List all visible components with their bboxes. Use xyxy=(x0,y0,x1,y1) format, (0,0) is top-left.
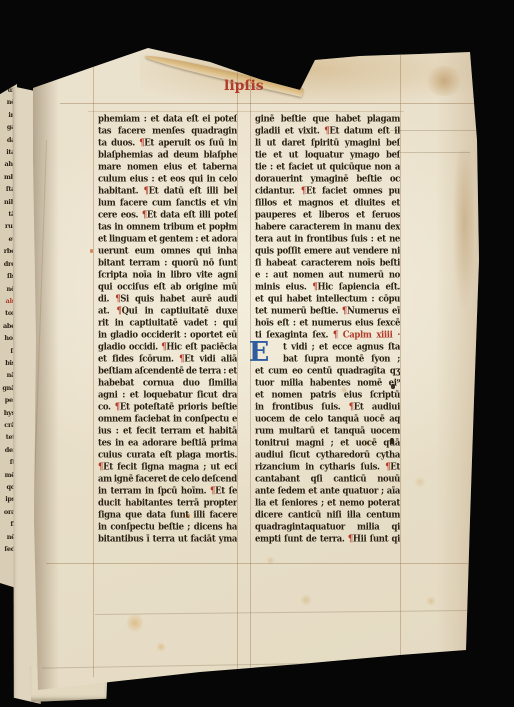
text-segment: lia et ſeniores ; et nemo poterat xyxy=(255,498,400,508)
text-segment: ta duos. xyxy=(98,138,139,148)
text-segment: Hic ſapiencia eſt. xyxy=(317,282,400,292)
text-segment: et fides ſcōrum. xyxy=(98,354,179,364)
parchment-stain xyxy=(127,612,143,634)
text-segment: ginē beſtie que habet plagam xyxy=(255,114,400,124)
text-segment: tonitrui magni ; et uocē quā xyxy=(255,438,400,448)
manuscript-text-line: blaſphemias ad deum blaſphe xyxy=(98,149,237,161)
header-ruling-line xyxy=(60,103,474,104)
text-segment: tera aut in frontibus ſuis : et ne xyxy=(255,234,400,244)
text-segment: gladio occidi. xyxy=(98,342,161,352)
running-title: lipſis xyxy=(224,78,264,94)
text-segment: ſigna que data ſunt illi facere xyxy=(98,510,237,520)
manuscript-text-line: habebat cornua duo ſimilia xyxy=(98,377,237,389)
parchment-stain xyxy=(300,594,312,606)
text-segment: cere eos. xyxy=(98,210,142,220)
manuscript-text-line: gladii et vixit. ¶Et datum eſt il xyxy=(255,125,400,137)
manuscript-text-line: ſi habeat caracterem noīs beſti xyxy=(255,257,400,269)
manuscript-text-line: di. ¶Si quis habet aurē audi xyxy=(98,293,237,305)
manuscript-text-line: phemiam : et data eſt ei poteſ xyxy=(98,113,237,125)
manuscript-text-line: in frontibus ſuis. ¶Et audiui xyxy=(255,401,400,413)
manuscript-photo: urnēingadaitaahimhſtanihtāruſetrbedreſls… xyxy=(0,0,514,707)
manuscript-text-line: ſillos et magnos et diuites et xyxy=(255,197,400,209)
manuscript-text-line: minis eius. ¶Hic ſapiencia eſt. xyxy=(255,281,400,293)
manuscript-text-line: audiui ſicut cytharedorū cytha xyxy=(255,449,400,461)
manuscript-text-line: pauperes et liberos et ſeruos xyxy=(255,209,400,221)
manuscript-text-line: culum eius : et eos qui in celo xyxy=(98,173,237,185)
text-segment: audiui ſicut cytharedorū cytha xyxy=(255,450,400,460)
manuscript-text-line: ti ſexaginta ſex. ¶ Caplm xiiii · xyxy=(255,329,400,341)
text-segment: ſcripta noīa in libro vite agni xyxy=(98,270,237,280)
text-segment: li ut daret ſpiritū ymagini beſ xyxy=(255,138,400,148)
text-segment: dorauerint ymaginē beſtie oc xyxy=(255,174,400,184)
text-segment: Et audiui xyxy=(354,402,400,412)
text-segment: in terram in ſpcū hoīm. xyxy=(98,486,210,496)
column-ruling-line xyxy=(237,55,238,677)
text-segment: rum multarū et tanquā uocem xyxy=(255,426,400,436)
manuscript-text-line: tet numerū beſtie. ¶Numerus eī xyxy=(255,305,400,317)
manuscript-text-line: omnem faciebat in conſpectu e xyxy=(98,413,237,425)
text-segment: beſtiam aſcendentē de terra : et xyxy=(98,366,237,376)
manuscript-text-line: ta duos. ¶Et aperuit os ſuū in xyxy=(98,137,237,149)
text-column-right: ginē beſtie que habet plagamgladii et vi… xyxy=(255,113,400,545)
text-segment: et linguam et gentem : et adora xyxy=(98,234,237,244)
text-segment: et cum eo centū quadragīta qʒ xyxy=(255,366,400,376)
manuscript-text-line: qui occiſus eſt ab origine mū xyxy=(98,281,237,293)
manuscript-text-line: et linguam et gentem : et adora xyxy=(98,233,237,245)
text-segment: uerunt eum omnes qui inha xyxy=(98,246,237,256)
text-segment: Et ſe xyxy=(215,486,237,496)
manuscript-text-line: uocem de celo tanquā uocē aq xyxy=(255,413,400,425)
text-segment: Et datū eſt illi bel xyxy=(149,186,237,196)
manuscript-text-line: in terram in ſpcū hoīm. ¶Et ſe xyxy=(98,485,237,497)
column-ruling-line xyxy=(93,55,94,677)
manuscript-text-line: cere eos. ¶Et data eſt illi poteſ xyxy=(98,209,237,221)
manuscript-text-line: cuius curata eſt plaga mortis. xyxy=(98,449,237,461)
text-segment: Et data eſt illi poteſ xyxy=(147,210,237,220)
text-segment: minis eius. xyxy=(255,282,312,292)
text-segment: qui occiſus eſt ab origine mū xyxy=(98,282,237,292)
text-segment: am ignē faceret de celo deſcendē xyxy=(98,474,237,484)
manuscript-text-line: tera aut in frontibus ſuis : et ne xyxy=(255,233,400,245)
text-segment: tas in omnem tribum et popłm xyxy=(98,222,237,232)
footer-ruling-line xyxy=(46,563,470,564)
manuscript-text-line: ducit habitantes terrā propter xyxy=(98,497,237,509)
manuscript-text-line: co. ¶Et poteſtatē prioris beſtie xyxy=(98,401,237,413)
text-segment: ius : et fecit terram et habitā xyxy=(98,426,237,436)
manuscript-text-line: am ignē faceret de celo deſcendē xyxy=(98,473,237,485)
text-segment: tet numerū beſtie. xyxy=(255,306,342,316)
text-segment: Hic eſt paciēcia xyxy=(166,342,237,352)
parchment-crease xyxy=(390,130,476,131)
text-segment: ſed xyxy=(4,545,15,553)
manuscript-text-line: uerunt eum omnes qui inha xyxy=(98,245,237,257)
manuscript-text-line: mare nomen eius et taberna xyxy=(98,161,237,173)
text-segment: et nomen patris eius ſcriptū xyxy=(255,390,400,400)
text-segment: pauperes et liberos et ſeruos xyxy=(255,210,400,220)
manuscript-text-line: tas facere menſes quadragin xyxy=(98,125,237,137)
text-segment: omnem faciebat in conſpectu e xyxy=(98,414,237,424)
text-segment: in gladio occiderit : oportet eū xyxy=(98,330,237,340)
text-segment: Et aperuit os ſuū in xyxy=(144,138,237,148)
manuscript-text-line: e : aut nomen aut numerū no xyxy=(255,269,400,281)
text-segment: cantabant qſi canticū nouū xyxy=(255,474,400,484)
text-segment: Numerus eī xyxy=(347,306,400,316)
text-segment: Et faciet omnes pu xyxy=(306,186,400,196)
text-segment: empti ſunt de terra. xyxy=(255,534,348,544)
text-segment: tas facere menſes quadragin xyxy=(98,126,237,136)
text-segment: gnā xyxy=(2,384,15,392)
text-segment: agni : et loquebatur ſicut dra xyxy=(98,390,237,400)
text-segment: habere caracterem in manu dex xyxy=(255,222,400,232)
manuscript-page: lipſis phemiam : et data eſt ei poteſtas… xyxy=(0,0,514,707)
text-segment: in conſpectu beſtie ; dicens ha xyxy=(98,522,237,532)
text-segment: co. xyxy=(98,402,115,412)
text-segment: Et poteſtatē prioris beſtie xyxy=(120,402,237,412)
manuscript-text-line: cidantur. ¶Et faciet omnes pu xyxy=(255,185,400,197)
text-segment: ſi habeat caracterem noīs beſti xyxy=(255,258,400,268)
manuscript-text-line: habitant. ¶Et datū eſt illi bel xyxy=(98,185,237,197)
manuscript-text-line: lum facere cum ſanctis et vin xyxy=(98,197,237,209)
text-segment: Et datum eſt il xyxy=(329,126,400,136)
text-segment: ¶ Caplm xiiii · xyxy=(333,330,400,340)
manuscript-text-line: empti ſunt de terra. ¶Hii ſunt qi xyxy=(255,533,400,545)
manuscript-text-line: et nomen patris eius ſcriptū xyxy=(255,389,400,401)
parchment-stain xyxy=(156,642,166,652)
parchment-stain xyxy=(424,66,464,96)
parchment-stain xyxy=(426,596,436,606)
drop-cap-initial-icon: E xyxy=(246,340,272,368)
text-segment: Et fecit ſigna magna ; ut eci xyxy=(103,462,237,472)
manuscript-text-line: et fides ſcōrum. ¶Et vidi aliā xyxy=(98,353,237,365)
text-segment: lum facere cum ſanctis et vin xyxy=(98,198,237,208)
photo-canvas: { "photo": { "background_color": "#06060… xyxy=(0,0,514,707)
text-column-left: phemiam : et data eſt ei poteſtas facere… xyxy=(98,113,237,545)
text-segment: habitant. xyxy=(98,186,144,196)
manuscript-text-line: lia et ſeniores ; et nemo poterat xyxy=(255,497,400,509)
text-segment: rizancium in cytharis ſuis. xyxy=(255,462,385,472)
text-segment: quadragintaquatuor milia qi xyxy=(255,522,400,532)
manuscript-text-line: li ut daret ſpiritū ymagini beſ xyxy=(255,137,400,149)
manuscript-text-line: et cum eo centū quadragīta qʒ xyxy=(255,365,400,377)
parchment-stain xyxy=(414,476,426,488)
top-text-ruling-line xyxy=(88,111,404,112)
manuscript-text-line: ius : et fecit terram et habitā xyxy=(98,425,237,437)
text-segment: habebat cornua duo ſimilia xyxy=(98,378,237,388)
manuscript-text-line: at. ¶Qui in captiuitatē duxe xyxy=(98,305,237,317)
text-segment: uocem de celo tanquā uocē aq xyxy=(255,414,400,424)
manuscript-text-line: gladio occidi. ¶Hic eſt paciēcia xyxy=(98,341,237,353)
text-segment: tie : et faciet ut quicūque non a xyxy=(255,162,400,172)
manuscript-text-line: ſigna que data ſunt illi facere xyxy=(98,509,237,521)
text-segment: hoīs eſt : et numerus eius ſexcē xyxy=(255,318,400,328)
text-segment: tie et ut loquatur ymago beſ xyxy=(255,150,400,160)
text-segment: ante ſedem et ante quatuor ; aīa xyxy=(255,486,400,496)
text-segment: bitant terram : quorū nō ſunt xyxy=(98,258,237,268)
text-segment: gladii et vixit. xyxy=(255,126,324,136)
text-segment: ora xyxy=(4,508,15,516)
text-segment: rit in captiuitatē vadet : qui xyxy=(98,318,237,328)
text-segment: mare nomen eius et taberna xyxy=(98,162,237,172)
manuscript-text-line: tas in omnem tribum et popłm xyxy=(98,221,237,233)
text-segment: culum eius : et eos qui in celo xyxy=(98,174,237,184)
manuscript-text-line: rizancium in cytharis ſuis. ¶Et xyxy=(255,461,400,473)
text-segment: at. xyxy=(98,306,117,316)
text-segment: Et xyxy=(390,462,400,472)
manuscript-text-line: agni : et loquebatur ſicut dra xyxy=(98,389,237,401)
manuscript-text-line: hoīs eſt : et numerus eius ſexcē xyxy=(255,317,400,329)
manuscript-text-line: quis poſſit emere aut vendere ni xyxy=(255,245,400,257)
manuscript-text-line: quadragintaquatuor milia qi xyxy=(255,521,400,533)
manuscript-text-line: dorauerint ymaginē beſtie oc xyxy=(255,173,400,185)
manuscript-text-line: ſcripta noīa in libro vite agni xyxy=(98,269,237,281)
text-segment: quis poſſit emere aut vendere ni xyxy=(255,246,400,256)
manuscript-text-line: ante ſedem et ante quatuor ; aīa xyxy=(255,485,400,497)
text-segment: Hii ſunt qi xyxy=(353,534,400,544)
manuscript-text-line: tie et ut loquatur ymago beſ xyxy=(255,149,400,161)
manuscript-text-line: tes in ea adorare beſtiā prima xyxy=(98,437,237,449)
text-segment: tes in ea adorare beſtiā prima xyxy=(98,438,237,448)
manuscript-text-line: dicere canticū niſi illa centum xyxy=(255,509,400,521)
text-segment: tuor milia habentes nomē ei⁹ xyxy=(255,378,400,388)
manuscript-text-line: et qui habet intellectum : cōpu xyxy=(255,293,400,305)
manuscript-text-line: habere caracterem in manu dex xyxy=(255,221,400,233)
text-segment: et qui habet intellectum : cōpu xyxy=(255,294,400,304)
manuscript-text-line: tuor milia habentes nomē ei⁹ xyxy=(255,377,400,389)
text-segment: in frontibus ſuis. xyxy=(255,402,349,412)
manuscript-text-line: rum multarū et tanquā uocem xyxy=(255,425,400,437)
manuscript-text-line: tonitrui magni ; et uocē quā xyxy=(255,437,400,449)
text-segment: ſillos et magnos et diuites et xyxy=(255,198,400,208)
manuscript-text-line: beſtiam aſcendentē de terra : et xyxy=(98,365,237,377)
text-segment: Si quis habet aurē audi xyxy=(120,294,237,304)
fore-edge-shading xyxy=(436,52,479,662)
text-segment: phemiam : et data eſt ei poteſ xyxy=(98,114,237,124)
manuscript-text-line: in conſpectu beſtie ; dicens ha xyxy=(98,521,237,533)
text-segment: bat ſupra montē ſyon ; xyxy=(283,354,400,364)
text-segment: bitantibus ī terra ut faciāt yma xyxy=(98,534,237,544)
manuscript-text-line: bitant terram : quorū nō ſunt xyxy=(98,257,237,269)
manuscript-text-line: cantabant qſi canticū nouū xyxy=(255,473,400,485)
text-segment: cidantur. xyxy=(255,186,301,196)
manuscript-text-line: bitantibus ī terra ut faciāt yma xyxy=(98,533,237,545)
manuscript-text-line: rit in captiuitatē vadet : qui xyxy=(98,317,237,329)
text-segment: di. xyxy=(98,294,115,304)
manuscript-text-line: ginē beſtie que habet plagam xyxy=(255,113,400,125)
parchment-crease xyxy=(42,660,462,668)
parchment-crease xyxy=(392,152,470,153)
text-segment: cuius curata eſt plaga mortis. xyxy=(98,450,237,460)
manuscript-text-line: bat ſupra montē ſyon ; xyxy=(255,353,400,365)
manuscript-text-line: in gladio occiderit : oportet eū xyxy=(98,329,237,341)
text-segment: Qui in captiuitatē duxe xyxy=(122,306,237,316)
manuscript-text-line: tie : et faciet ut quicūque non a xyxy=(255,161,400,173)
manuscript-text-line: ¶Et fecit ſigna magna ; ut eci xyxy=(98,461,237,473)
text-segment: blaſphemias ad deum blaſphe xyxy=(98,150,237,160)
right-edge-stain xyxy=(450,150,474,330)
column-ruling-line xyxy=(400,55,401,655)
parchment-crease xyxy=(95,610,467,615)
text-segment: ducit habitantes terrā propter xyxy=(98,498,237,508)
text-segment: e : aut nomen aut numerū no xyxy=(255,270,400,280)
text-segment: Et vidi aliā xyxy=(184,354,237,364)
text-segment: t vidi ; et ecce agnus ſta xyxy=(283,342,400,352)
text-segment: dicere canticū niſi illa centum xyxy=(255,510,400,520)
manuscript-text-line: t vidi ; et ecce agnus ſta xyxy=(255,341,400,353)
